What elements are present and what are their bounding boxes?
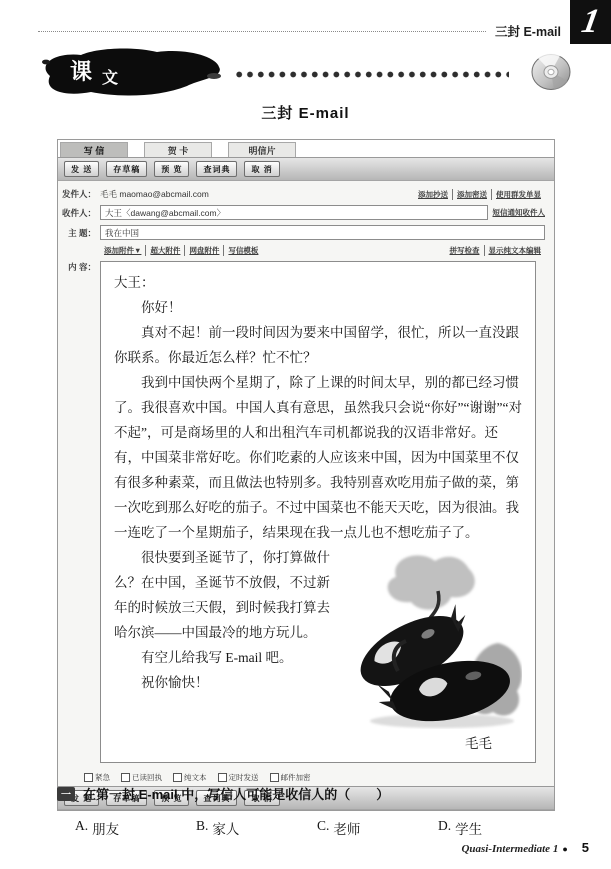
letter-greeting: 你好！	[114, 295, 522, 320]
checkbox-encrypt-label: 邮件加密	[281, 772, 311, 783]
message-body-input[interactable]: 大王： 你好！ 真对不起！前一段时间因为要来中国留学，很忙，所以一直没跟你联系。…	[100, 261, 536, 763]
attachment-row: 添加附件▼ 超大附件 网盘附件 写信模板 拼写检查 显示纯文本编辑	[100, 245, 545, 256]
checkbox-scheduled-send-label: 定时发送	[229, 772, 259, 783]
page-title: 三封 E-mail	[0, 102, 611, 123]
header-dotted-rule	[38, 31, 486, 32]
mail-client-window: 写 信 贺 卡 明信片 发 送 存草稿 预 览 查词典 取 消 发件人： 毛毛 …	[57, 139, 555, 811]
book-title: Quasi-Intermediate 1	[461, 843, 558, 855]
chapter-number-box: 1	[570, 0, 611, 44]
spellcheck-link[interactable]: 拼写检查	[446, 245, 484, 256]
page-header: 三封 E-mail	[38, 22, 561, 40]
checkbox-icon[interactable]	[270, 773, 279, 782]
option-b-key: B.	[196, 818, 208, 838]
add-cc-link[interactable]: 添加抄送	[414, 189, 452, 200]
save-draft-button[interactable]: 存草稿	[106, 161, 147, 177]
sms-notify-link[interactable]: 短信通知收件人	[493, 207, 546, 218]
letter-paragraph-1: 真对不起！前一段时间因为要来中国留学，很忙，所以一直没跟你联系。你最近怎么样？忙…	[114, 320, 522, 370]
checkbox-scheduled-send[interactable]: 定时发送	[218, 772, 259, 783]
checkbox-plaintext[interactable]: 纯文本	[173, 772, 207, 783]
mail-tabs: 写 信 贺 卡 明信片	[58, 140, 554, 157]
from-links: 添加抄送 添加密送 使用群发单显	[414, 189, 545, 200]
plaintext-edit-link[interactable]: 显示纯文本编辑	[484, 245, 546, 256]
answer-options: A.朋友 B.家人 C.老师 D.学生	[75, 818, 575, 838]
question-section: 一 在第一封 E-mail 中，写信人可能是收信人的（ ） A.朋友 B.家人 …	[57, 784, 575, 838]
page-number: 5	[582, 840, 589, 855]
tab-greeting-card[interactable]: 贺 卡	[144, 142, 212, 157]
subject-row: 主 题： 我在中国	[58, 225, 545, 240]
mail-fields: 发件人： 毛毛 maomao@abcmail.com 添加抄送 添加密送 使用群…	[58, 181, 554, 769]
chapter-label: 三封 E-mail	[495, 22, 561, 40]
cancel-button[interactable]: 取 消	[244, 161, 279, 177]
option-c: C.老师	[317, 818, 438, 838]
subject-label: 主 题：	[58, 227, 100, 239]
to-label: 收件人：	[58, 207, 100, 219]
checkbox-icon[interactable]	[218, 773, 227, 782]
brush-stroke: 课文	[36, 46, 222, 98]
from-row: 发件人： 毛毛 maomao@abcmail.com 添加抄送 添加密送 使用群…	[58, 188, 545, 200]
dictionary-button[interactable]: 查词典	[196, 161, 237, 177]
banner-char-1: 课	[70, 59, 94, 84]
letter-salutation: 大王：	[114, 270, 522, 295]
letter-paragraph-2: 我到中国快两个星期了，除了上课的时间太早，别的都已经习惯了。我很喜欢中国。中国人…	[114, 370, 522, 545]
dots-leader	[236, 70, 509, 79]
send-button[interactable]: 发 送	[64, 161, 99, 177]
content-row: 内 容： 大王： 你好！ 真对不起！前一段时间因为要来中国留学，很忙，所以一直没…	[58, 261, 545, 765]
tab-postcard[interactable]: 明信片	[228, 142, 296, 157]
preview-button[interactable]: 预 览	[154, 161, 189, 177]
eggplant-illustration	[350, 551, 522, 729]
from-label: 发件人：	[58, 188, 100, 200]
option-b: B.家人	[196, 818, 317, 838]
template-link[interactable]: 写信模板	[223, 245, 262, 256]
banner-char-2: 文	[102, 70, 118, 87]
page-footer: Quasi-Intermediate 1 ● 5	[461, 840, 589, 855]
letter-text: 大王： 你好！ 真对不起！前一段时间因为要来中国留学，很忙，所以一直没跟你联系。…	[114, 270, 522, 756]
lesson-banner: 课文	[36, 46, 575, 100]
question-number-badge: 一	[57, 787, 75, 801]
option-a-key: A.	[75, 818, 88, 838]
option-a: A.朋友	[75, 818, 196, 838]
question-text: 在第一封 E-mail 中，写信人可能是收信人的（ ）	[83, 784, 389, 803]
checkbox-urgent-label: 紧急	[95, 772, 110, 783]
letter-signature: 毛毛	[114, 731, 522, 756]
cd-icon	[527, 52, 575, 94]
cloud-attachment-link[interactable]: 网盘附件	[184, 245, 223, 256]
checkbox-read-receipt[interactable]: 已读回执	[121, 772, 162, 783]
question-line: 一 在第一封 E-mail 中，写信人可能是收信人的（ ）	[57, 784, 575, 803]
option-c-text: 老师	[333, 818, 360, 838]
to-row: 收件人： 大王〈dawang@abcmail.com〉 短信通知收件人	[58, 205, 545, 220]
checkbox-urgent[interactable]: 紧急	[84, 772, 110, 783]
option-d: D.学生	[438, 818, 559, 838]
checkbox-icon[interactable]	[84, 773, 93, 782]
send-options-row: 紧急 已读回执 纯文本 定时发送 邮件加密	[84, 772, 554, 783]
option-d-text: 学生	[455, 818, 482, 838]
footer-bullet-icon: ●	[562, 844, 567, 854]
attachment-right-links: 拼写检查 显示纯文本编辑	[446, 245, 546, 256]
option-d-key: D.	[438, 818, 451, 838]
brush-stroke-shape	[36, 46, 222, 98]
banner-title: 课文	[70, 55, 110, 86]
option-c-key: C.	[317, 818, 329, 838]
content-label: 内 容：	[58, 261, 100, 273]
checkbox-icon[interactable]	[121, 773, 130, 782]
subject-input[interactable]: 我在中国	[100, 225, 545, 240]
chapter-number: 1	[579, 5, 602, 39]
mass-send-link[interactable]: 使用群发单显	[491, 189, 545, 200]
add-bcc-link[interactable]: 添加密送	[452, 189, 491, 200]
option-b-text: 家人	[212, 818, 239, 838]
to-input[interactable]: 大王〈dawang@abcmail.com〉	[100, 205, 488, 220]
checkbox-encrypt[interactable]: 邮件加密	[270, 772, 311, 783]
checkbox-icon[interactable]	[173, 773, 182, 782]
add-attachment-link[interactable]: 添加附件▼	[100, 245, 145, 256]
mail-toolbar-top: 发 送 存草稿 预 览 查词典 取 消	[58, 157, 554, 181]
option-a-text: 朋友	[92, 818, 119, 838]
checkbox-read-receipt-label: 已读回执	[132, 772, 162, 783]
large-attachment-link[interactable]: 超大附件	[145, 245, 184, 256]
from-value: 毛毛 maomao@abcmail.com	[100, 188, 209, 200]
tab-compose[interactable]: 写 信	[60, 142, 128, 157]
checkbox-plaintext-label: 纯文本	[184, 772, 207, 783]
